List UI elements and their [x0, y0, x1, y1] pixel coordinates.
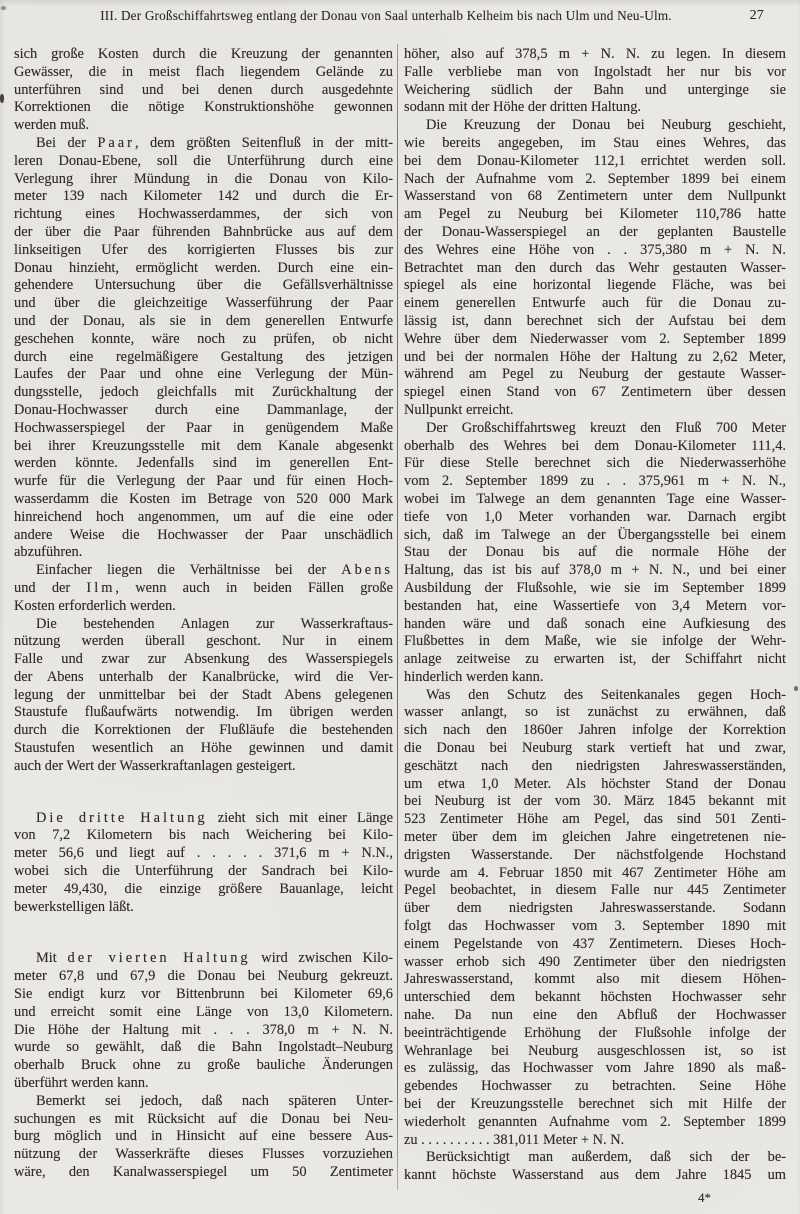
paragraph: sich große Kosten durch die Kreuzung der…	[14, 46, 393, 135]
text-line: Die Höhe der Haltung mit . . . 378,0 m +…	[14, 1022, 393, 1040]
text-line: durch die Korrektionen der Flußläufe die…	[14, 722, 393, 740]
paragraph: Der Großschiffahrtsweg kreuzt den Fluß 7…	[404, 420, 786, 687]
text-line: zu . . . . . . . . . . 381,011 Meter + N…	[404, 1132, 786, 1150]
text-line: um etwa 1,0 Meter. Als höchster Stand de…	[404, 776, 786, 794]
text-line: unterführen sind und bei denen durch aus…	[14, 82, 393, 100]
text-line: wie bereits angegeben, im Stau eines Weh…	[404, 135, 786, 153]
text-line: Verlegung ihrer Mündung in die Donau von…	[14, 171, 393, 189]
text-line: Sie endigt kurz vor Bittenbrunn bei Kilo…	[14, 986, 393, 1004]
text-line: sich, daß im Talwege an der Übergangsste…	[404, 527, 786, 545]
text-line: Korrektionen die nötige Konstruktionshöh…	[14, 99, 393, 117]
text-line: und erreicht somit eine Länge von 13,0 K…	[14, 1004, 393, 1022]
text-line: gehendere Untersuchung über die Gefällsv…	[14, 277, 393, 295]
text-line: sodann mit der Höhe der dritten Haltung.	[404, 99, 786, 117]
paragraph: Mit der vierten Haltung wird zwischen Ki…	[14, 950, 393, 1092]
scan-artifact-speck	[1, 6, 6, 10]
text-line: werden könnte. Jedenfalls sind im genere…	[14, 455, 393, 473]
text-line: meter 67,8 und 67,9 die Donau bei Neubur…	[14, 968, 393, 986]
text-line: Falle verbliebe man von Ingolstadt her n…	[404, 64, 786, 82]
text-line: wäre, den Kanalwasserspiegel um 50 Zenti…	[14, 1164, 393, 1182]
text-line: einem Pegelstande von 437 Zentimetern. D…	[404, 936, 786, 954]
text-line: am Pegel zu Neuburg bei Kilometer 110,78…	[404, 206, 786, 224]
page-number: 27	[750, 8, 764, 24]
text-line: und der Ilm, wenn auch in beiden Fällen …	[14, 580, 393, 598]
text-line: und der Donau, als sie in dem generellen…	[14, 313, 393, 331]
text-line: sich nach den 1860er Jahren infolge der …	[404, 722, 786, 740]
text-line: Weichering südlich der Bahn und untergin…	[404, 82, 786, 100]
text-line: dungsstelle, jedoch gleichfalls mit Zurü…	[14, 384, 393, 402]
text-line: suchungen es mit Rücksicht auf die Donau…	[14, 1111, 393, 1129]
text-line: wasser erhob sich 490 Zentimeter über de…	[404, 954, 786, 972]
letterspaced-text: Abens	[341, 562, 393, 578]
text-line: über dem niedrigsten Jahreswasserstande.…	[404, 900, 786, 918]
letterspaced-text: Paar	[97, 135, 135, 151]
text-line: Haltung, das ist bis auf 378,0 m + N. N.…	[404, 562, 786, 580]
text-line: vom 2. September 1899 zu . . 375,961 m +…	[404, 473, 786, 491]
text-line: Die bestehenden Anlagen zur Wasserkrafta…	[14, 616, 393, 634]
paragraph: Bei der Paar, dem größten Seitenfluß in …	[14, 135, 393, 562]
paragraph: Was den Schutz des Seitenkanales gegen H…	[404, 687, 786, 1150]
text-line: oberhalb Bruck ohne zu große bauliche Än…	[14, 1057, 393, 1075]
text-line: überführt werden kann.	[14, 1075, 393, 1093]
text-line: wiederholt genannten Aufnahme vom 2. Sep…	[404, 1114, 786, 1132]
text-line: bei ihrer Kreuzungsstelle mit dem Kanale…	[14, 438, 393, 456]
column-divider-rule	[397, 44, 398, 1190]
paragraph: Berücksichtigt man außerdem, daß sich de…	[404, 1149, 786, 1185]
text-line: der Donau-Wasserspiegel an der geplanten…	[404, 224, 786, 242]
text-line: während am Pegel zu Neuburg der gestaute…	[404, 366, 786, 384]
text-line: sich große Kosten durch die Kreuzung der…	[14, 46, 393, 64]
text-line: Hochwasserspiegel der Paar in genügendem…	[14, 420, 393, 438]
text-line: geschehen konnte, wäre noch zu prüfen, o…	[14, 331, 393, 349]
text-line: Die Kreuzung der Donau bei Neuburg gesch…	[404, 117, 786, 135]
text-line: folgt das Hochwasser vom 3. September 18…	[404, 918, 786, 936]
text-line: höher, also auf 378,5 m + N. N. zu legen…	[404, 46, 786, 64]
text-line: Jahreswasserstand, kommt also mit diesem…	[404, 971, 786, 989]
text-line: und über die gleichzeitige Wasserführung…	[14, 295, 393, 313]
text-line: Laufes der Paar und ohne eine Verlegung …	[14, 366, 393, 384]
text-line: leren Donau-Ebene, soll die Unterführung…	[14, 153, 393, 171]
text-line: nützung der Wasserkräfte dieses Flusses …	[14, 1146, 393, 1164]
text-line: hinderlich werden kann.	[404, 669, 786, 687]
text-line: Betrachtet man den durch das Wehr gestau…	[404, 260, 786, 278]
text-line: meter 139 nach Kilometer 142 und durch d…	[14, 188, 393, 206]
text-line: anlage zeitweise zu erwarten ist, der Sc…	[404, 651, 786, 669]
paragraph: Die bestehenden Anlagen zur Wasserkrafta…	[14, 616, 393, 776]
text-line: Nach der Aufnahme vom 2. September 1899 …	[404, 171, 786, 189]
text-line: Berücksichtigt man außerdem, daß sich de…	[404, 1149, 786, 1167]
paragraph: Die Kreuzung der Donau bei Neuburg gesch…	[404, 117, 786, 420]
text-line: Staustufe flußaufwärts notwendig. Im übr…	[14, 704, 393, 722]
text-line: Falle und zwar zur Absenkung des Wassers…	[14, 651, 393, 669]
text-line: hinreichend hoch angenommen, um auf die …	[14, 509, 393, 527]
text-line: einem generellen Entwurfe auch für die D…	[404, 295, 786, 313]
text-line: wurde am 4. Februar 1850 mit 467 Zentime…	[404, 865, 786, 883]
text-line: Ausbildung der Flußsohle, wie sie im Sep…	[404, 580, 786, 598]
text-line: burg möglich und in Hinsicht auf eine be…	[14, 1128, 393, 1146]
text-line: unterschied dem bekannt höchsten Hochwas…	[404, 989, 786, 1007]
text-line: Was den Schutz des Seitenkanales gegen H…	[404, 687, 786, 705]
text-line: Wehranlage bei Neuburg ausgeschlossen is…	[404, 1043, 786, 1061]
text-line: werden muß.	[14, 117, 393, 135]
text-line: es zulässig, das Hochwasser vom Jahre 18…	[404, 1060, 786, 1078]
text-line: Bei der Paar, dem größten Seitenfluß in …	[14, 135, 393, 153]
text-line: abzuführen.	[14, 544, 393, 562]
text-line: geschätzt nach den niedrigsten Jahreswas…	[404, 758, 786, 776]
scan-artifact-speck	[0, 94, 4, 103]
text-line: spiegel einen Stand von 67 Zentimetern ü…	[404, 384, 786, 402]
text-line: lässig ist, dann berechnet sich der Aufs…	[404, 313, 786, 331]
text-line: meter 56,6 und liegt auf . . . . . 371,6…	[14, 845, 393, 863]
text-line: Gewässer, die in meist flach liegendem G…	[14, 64, 393, 82]
text-line: 523 Zentimeter Höhe am Pegel, das sind 5…	[404, 811, 786, 829]
text-line: wobei sich die Unterführung der Sandrach…	[14, 863, 393, 881]
text-line: Pegel beobachtet, in diesem Falle nur 44…	[404, 882, 786, 900]
running-header: III. Der Großschiffahrtsweg entlang der …	[0, 0, 800, 30]
text-line: richtung eines Hochwasserdammes, der sic…	[14, 206, 393, 224]
text-line: bei dem Donau-Kilometer 112,1 errichtet …	[404, 153, 786, 171]
text-line: tiefe von 1,0 Meter vorhanden war. Darna…	[404, 509, 786, 527]
paragraph: Bemerkt sei jedoch, daß nach späteren Un…	[14, 1093, 393, 1182]
text-line: nützung werden überall geschont. Nur in …	[14, 633, 393, 651]
text-line: meter über dem im gleichen Jahre eingetr…	[404, 829, 786, 847]
text-line: drigsten Wasserstande. Der nächstfolgend…	[404, 847, 786, 865]
text-line: linkseitigen Ufer des korrigierten Fluss…	[14, 242, 393, 260]
scanned-book-page: III. Der Großschiffahrtsweg entlang der …	[0, 0, 800, 1214]
text-line: Wehre über dem Niederwasser vom 2. Septe…	[404, 331, 786, 349]
text-line: beeinträchtigende Erhöhung der Flußsohle…	[404, 1025, 786, 1043]
text-line: wasserdamm die Kosten im Betrage von 520…	[14, 491, 393, 509]
letterspaced-text: der vierten Haltung	[68, 950, 251, 966]
text-line: meter 49,430, die einzige größere Bauanl…	[14, 881, 393, 899]
text-line: bewerkstelligen läßt.	[14, 899, 393, 917]
letterspaced-text: Ilm	[86, 580, 115, 596]
text-line: wurde so gewählt, daß die Bahn Ingolstad…	[14, 1039, 393, 1057]
text-line: bei Neuburg ist der vom 30. März 1845 be…	[404, 793, 786, 811]
right-column: höher, also auf 378,5 m + N. N. zu legen…	[404, 46, 786, 1185]
text-line: wobei im Talwege an dem genannten Tage e…	[404, 491, 786, 509]
text-line: andere Weise die Hochwasser der Paar uns…	[14, 527, 393, 545]
text-line: bestanden hat, eine Wassertiefe von 3,4 …	[404, 598, 786, 616]
text-line: Für diese Stelle berechnet sich die Nied…	[404, 455, 786, 473]
text-line: Die dritte Haltung zieht sich mit einer …	[14, 810, 393, 828]
text-line: und bei der normalen Höhe der Haltung zu…	[404, 349, 786, 367]
text-line: Einfacher liegen die Verhältnisse bei de…	[14, 562, 393, 580]
text-line: handen wäre und daß sonach eine Aufkiesu…	[404, 616, 786, 634]
text-line: der über die Paar führenden Bahnbrücke a…	[14, 224, 393, 242]
text-line: der Abens unterhalb der Kanalbrücke, wir…	[14, 669, 393, 687]
text-line: gebendes Hochwasser zu betrachten. Seine…	[404, 1078, 786, 1096]
text-line: Nullpunkt erreicht.	[404, 402, 786, 420]
text-line: legung der unmittelbar bei der Stadt Abe…	[14, 687, 393, 705]
text-line: auch der Wert der Wasserkraftanlagen ges…	[14, 758, 393, 776]
scan-artifact-speck	[794, 686, 798, 691]
text-line: von 7,2 Kilometern bis nach Weichering b…	[14, 827, 393, 845]
paragraph: Einfacher liegen die Verhältnisse bei de…	[14, 562, 393, 615]
text-line: Mit der vierten Haltung wird zwischen Ki…	[14, 950, 393, 968]
left-column: sich große Kosten durch die Kreuzung der…	[14, 46, 393, 1185]
text-line: spiegel als eine horizontal liegende Flä…	[404, 277, 786, 295]
text-line: nahe. Da nun eine den Abfluß der Hochwas…	[404, 1007, 786, 1025]
text-line: bei der Kreuzungsstelle berechnet sich m…	[404, 1096, 786, 1114]
text-columns: sich große Kosten durch die Kreuzung der…	[0, 46, 800, 1185]
paragraph: Die dritte Haltung zieht sich mit einer …	[14, 810, 393, 917]
text-line: Donau hinzieht, ermöglicht werden. Durch…	[14, 260, 393, 278]
text-line: oberhalb des Wehres bei dem Donau-Kilome…	[404, 438, 786, 456]
text-line: des Wehres eine Höhe von . . 375,380 m +…	[404, 242, 786, 260]
signature-mark: 4*	[698, 1190, 711, 1206]
text-line: Bemerkt sei jedoch, daß nach späteren Un…	[14, 1093, 393, 1111]
text-line: Der Großschiffahrtsweg kreuzt den Fluß 7…	[404, 420, 786, 438]
text-line: Kosten erforderlich werden.	[14, 598, 393, 616]
text-line: Flußbettes in dem Maße, wie sie infolge …	[404, 633, 786, 651]
text-line: durch eine regelmäßigere Gestaltung des …	[14, 349, 393, 367]
text-line: Stau der Donau bis auf die normale Höhe …	[404, 544, 786, 562]
running-header-title: III. Der Großschiffahrtsweg entlang der …	[0, 8, 786, 24]
text-line: wurfe für die Verlegung der Paar und für…	[14, 473, 393, 491]
paragraph: höher, also auf 378,5 m + N. N. zu legen…	[404, 46, 786, 117]
text-line: Wasserstand von 68 Zentimetern unter dem…	[404, 188, 786, 206]
text-line: kannt höchste Wasserstand aus dem Jahre …	[404, 1167, 786, 1185]
text-line: Donau-Hochwasser durch eine Dammanlage, …	[14, 402, 393, 420]
text-line: wasser anlangt, so ist zunächst zu erwäh…	[404, 704, 786, 722]
text-line: Staustufen wesentlich an Höhe gewinnen u…	[14, 740, 393, 758]
text-line: die Donau bei Neuburg stark vertieft hat…	[404, 740, 786, 758]
letterspaced-text: Die dritte Haltung	[36, 810, 208, 826]
